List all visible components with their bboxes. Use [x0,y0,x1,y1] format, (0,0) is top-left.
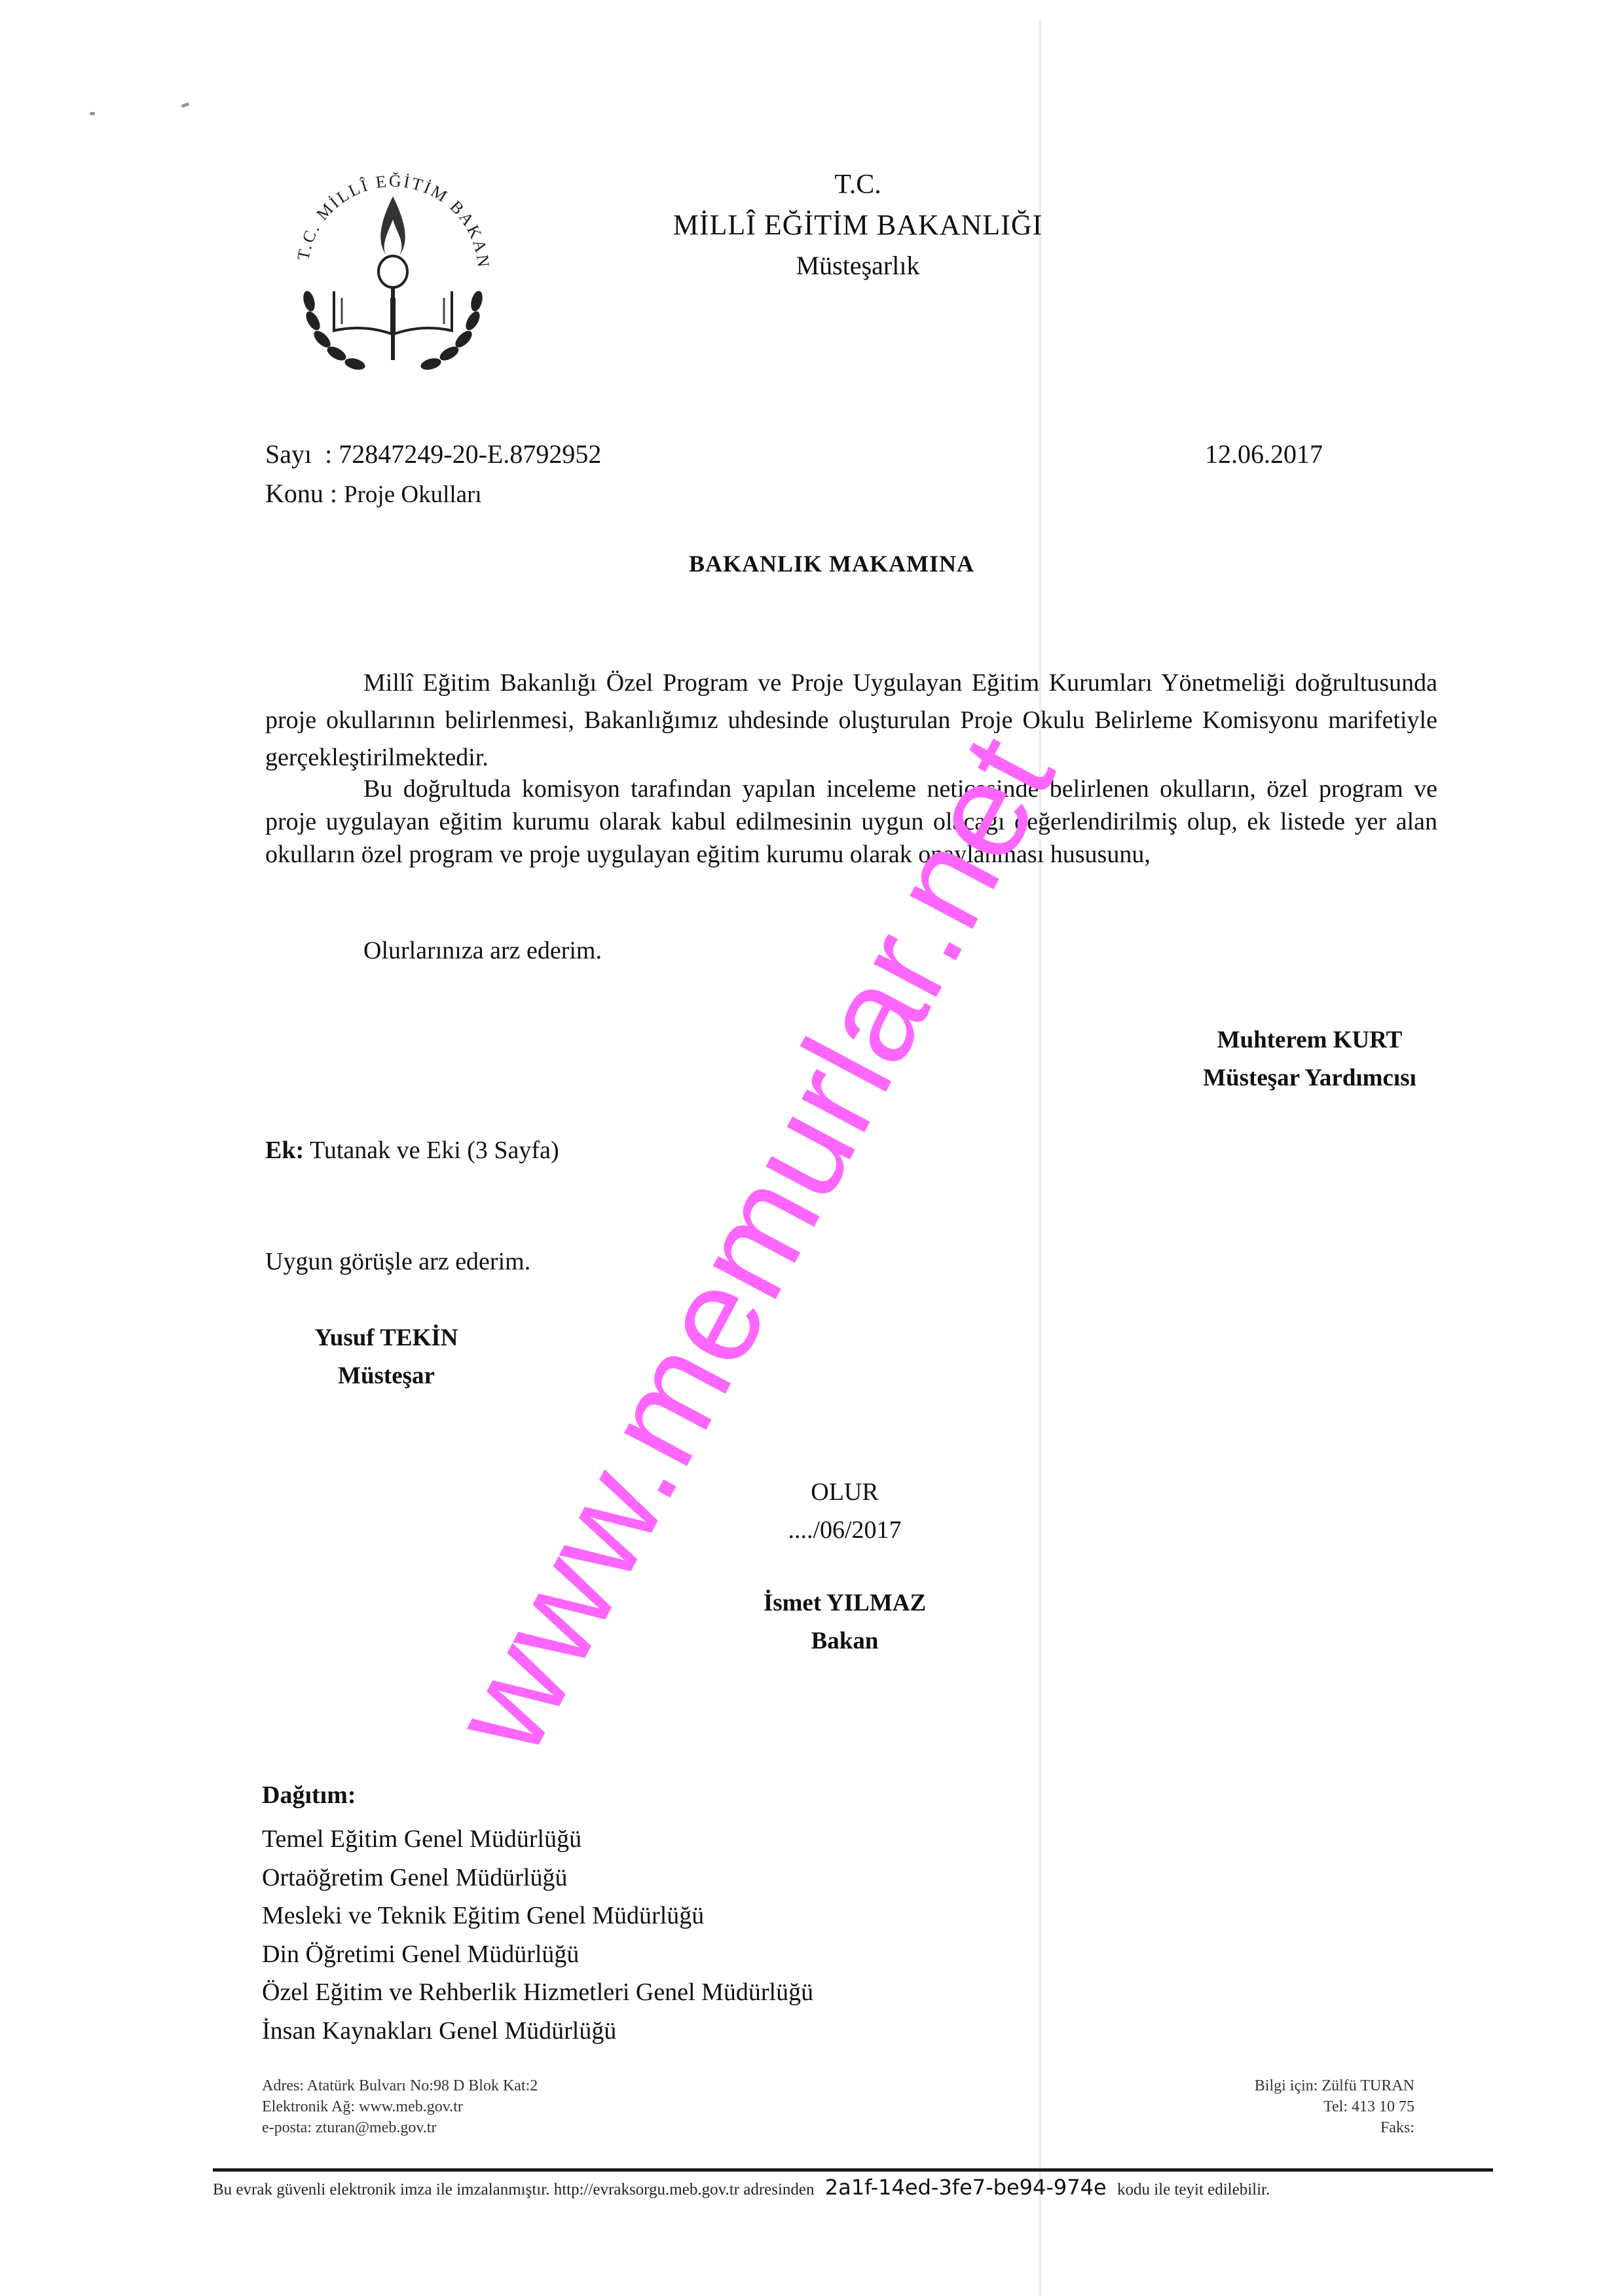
footer-info: Bilgi için: Zülfü TURAN Tel: 413 10 75 F… [1179,2075,1414,2138]
reference-number: Sayı : 72847249-20-E.8792952 [265,439,601,469]
signatory-title: Bakan [701,1622,989,1660]
letterhead-unit: Müsteşarlık [609,250,1107,281]
letterhead-ministry: MİLLÎ EĞİTİM BAKANLIĞI [609,208,1107,242]
signatory-name: İsmet YILMAZ [701,1584,989,1622]
distribution-list: Temel Eğitim Genel Müdürlüğü Ortaöğretim… [262,1820,813,2050]
signatory-name: Yusuf TEKİN [288,1319,485,1357]
signatory-title: Müsteşar Yardımcısı [1153,1059,1467,1097]
footer-tel: Tel: 413 10 75 [1179,2096,1414,2117]
konu-label: Konu [265,479,323,508]
footer-address: Adres: Atatürk Bulvarı No:98 D Blok Kat:… [262,2075,538,2096]
addressee: BAKANLIK MAKAMINA [0,550,1624,577]
footer-info-person: Bilgi için: Zülfü TURAN [1179,2075,1414,2096]
body-paragraph-2: Bu doğrultuda komisyon tarafından yapıla… [265,773,1437,871]
verify-code: 2a1f-14ed-3fe7-be94-974e [825,2175,1107,2200]
attachment-label: Ek: [265,1137,304,1164]
scanner-speck [181,102,190,108]
footer-email: e-posta: zturan@meb.gov.tr [262,2117,538,2138]
endorsement-text: Uygun görüşle arz ederim. [265,1247,530,1276]
konu-value: Proje Okulları [344,481,482,508]
signature-block-deputy-undersecretary: Muhterem KURT Müsteşar Yardımcısı [1153,1021,1467,1097]
letterhead-country: T.C. [609,169,1107,200]
footer-contact: Adres: Atatürk Bulvarı No:98 D Blok Kat:… [262,2075,538,2138]
body-closing: Olurlarınıza arz ederim. [363,936,602,965]
signatory-title: Müsteşar [288,1357,485,1395]
distribution-item: İnsan Kaynakları Genel Müdürlüğü [262,2012,813,2050]
attachment-line: Ek: Tutanak ve Eki (3 Sayfa) [265,1136,559,1165]
signature-block-undersecretary: Yusuf TEKİN Müsteşar [288,1319,485,1395]
signature-block-minister: İsmet YILMAZ Bakan [701,1584,989,1660]
body-paragraph-1: Millî Eğitim Bakanlığı Özel Program ve P… [265,665,1437,776]
distribution-title: Dağıtım: [262,1781,356,1810]
distribution-item: Özel Eğitim ve Rehberlik Hizmetleri Gene… [262,1973,813,2012]
verify-suffix: kodu ile teyit edilebilir. [1117,2181,1270,2198]
footer-website: Elektronik Ağ: www.meb.gov.tr [262,2096,538,2117]
sayi-value: 72847249-20-E.8792952 [339,439,601,469]
sayi-label: Sayı [265,439,312,469]
distribution-item: Temel Eğitim Genel Müdürlüğü [262,1820,813,1859]
attachment-value: Tutanak ve Eki (3 Sayfa) [310,1137,559,1164]
ministry-emblem-logo: T.C. MİLLÎ EĞİTİM BAKANLIĞI [282,157,504,373]
verify-prefix: Bu evrak güvenli elektronik imza ile imz… [213,2181,815,2198]
scanner-speck [90,112,95,115]
distribution-item: Din Öğretimi Genel Müdürlüğü [262,1935,813,1974]
footer-fax: Faks: [1179,2117,1414,2138]
approval-label: OLUR [733,1473,956,1511]
approval-block: OLUR ..../06/2017 [733,1473,956,1549]
scanner-artifact-line [1039,20,1041,2296]
signatory-name: Muhterem KURT [1153,1021,1467,1059]
distribution-item: Mesleki ve Teknik Eğitim Genel Müdürlüğü [262,1897,813,1935]
approval-date: ..../06/2017 [733,1511,956,1549]
distribution-item: Ortaöğretim Genel Müdürlüğü [262,1859,813,1897]
subject-line: Konu : Proje Okulları [265,478,482,509]
footer-divider [213,2168,1493,2172]
e-signature-verification: Bu evrak güvenli elektronik imza ile imz… [213,2175,1493,2200]
document-date: 12.06.2017 [1205,439,1323,469]
